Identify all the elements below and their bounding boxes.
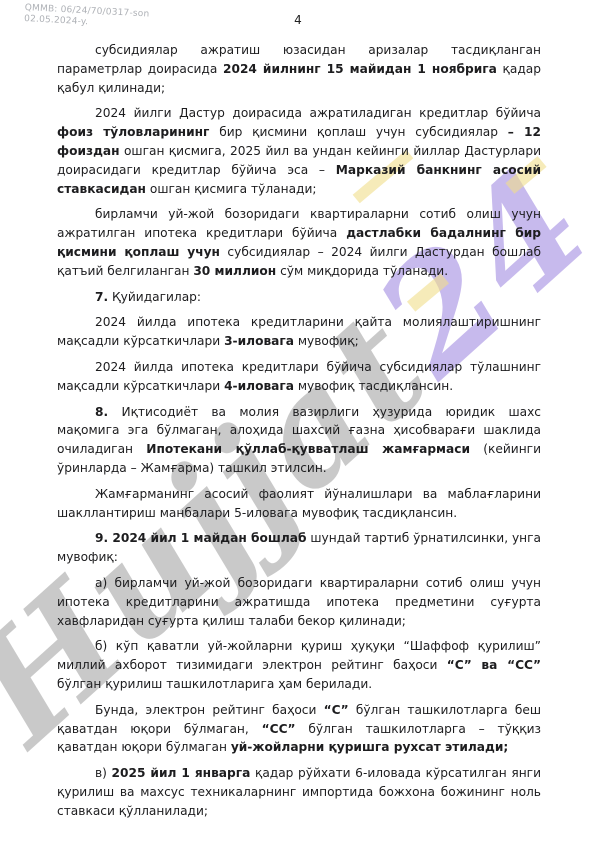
paragraph: Жамғарманинг асосий фаолият йўналишлари … [57, 485, 541, 523]
text-run-bold: 4-иловага [224, 379, 294, 393]
text-run-bold: “СС” [262, 722, 296, 736]
document-body: субсидиялар ажратиш юзасидан аризалар та… [57, 41, 541, 827]
text-run-bold: Ипотекани қўллаб-қувватлаш жамғармаси [146, 442, 470, 456]
paragraph: б) кўп қаватли уй-жойларни қуриш ҳуқуқи … [57, 637, 541, 693]
text-run-bold: “С” [324, 703, 349, 717]
text-run-bold: 2025 йил 1 январга [112, 766, 251, 780]
paragraph: Бунда, электрон рейтинг баҳоси “С” бўлга… [57, 701, 541, 757]
document-page: Hujjat24 QMMB: 06/24/70/0317-son 02.05.2… [0, 0, 596, 842]
text-run: Бунда, электрон рейтинг баҳоси [95, 703, 324, 717]
paragraph: 2024 йилда ипотека кредитлари бўйича суб… [57, 358, 541, 396]
paragraph: 7. Қуйидагилар: [57, 288, 541, 307]
text-run-bold: 2024 йилнинг 15 майидан 1 ноябрига [223, 62, 497, 76]
paragraph: а) бирламчи уй-жой бозоридаги квартирала… [57, 574, 541, 630]
text-run: сўм миқдорида тўланади. [276, 264, 448, 278]
text-run: 2024 йилги Дастур доирасида ажратиладига… [95, 106, 541, 120]
text-run-bold: 7. [95, 290, 108, 304]
text-run-bold: 8. [95, 405, 108, 419]
text-run-bold: фоиз тўловларининг [57, 125, 209, 139]
text-run: а) бирламчи уй-жой бозоридаги квартирала… [57, 576, 541, 628]
text-run: бўлган қурилиш ташкилотларига ҳам берила… [57, 677, 372, 691]
paragraph: 2024 йилги Дастур доирасида ажратиладига… [57, 104, 541, 198]
text-run: в) [95, 766, 112, 780]
paragraph: в) 2025 йил 1 январга қадар рўйхати 6-ил… [57, 764, 541, 820]
text-run-bold: 30 миллион [193, 264, 276, 278]
page-number: 4 [0, 13, 596, 27]
text-run: бир қисмини қоплаш учун субсидиялар [209, 125, 507, 139]
text-run: ошган қисмига тўланади; [146, 182, 317, 196]
paragraph: 8. Иқтисодиёт ва молия вазирлиги ҳузурид… [57, 403, 541, 478]
text-run-bold: 9. 2024 йил 1 майдан бошлаб [95, 531, 306, 545]
text-run-bold: 3-иловага [224, 334, 294, 348]
paragraph: субсидиялар ажратиш юзасидан аризалар та… [57, 41, 541, 97]
text-run-bold: уй-жойларни қуришга рухсат этилади; [231, 740, 508, 754]
paragraph: 9. 2024 йил 1 майдан бошлаб шундай тарти… [57, 529, 541, 567]
text-run: Қуйидагилар: [108, 290, 201, 304]
text-run-bold: “С” ва “СС” [447, 658, 541, 672]
text-run: мувофиқ; [294, 334, 359, 348]
paragraph: 2024 йилда ипотека кредитларини қайта мо… [57, 313, 541, 351]
text-run: мувофиқ тасдиқлансин. [294, 379, 453, 393]
paragraph: бирламчи уй-жой бозоридаги квартираларни… [57, 205, 541, 280]
text-run: Жамғарманинг асосий фаолият йўналишлари … [57, 487, 541, 520]
